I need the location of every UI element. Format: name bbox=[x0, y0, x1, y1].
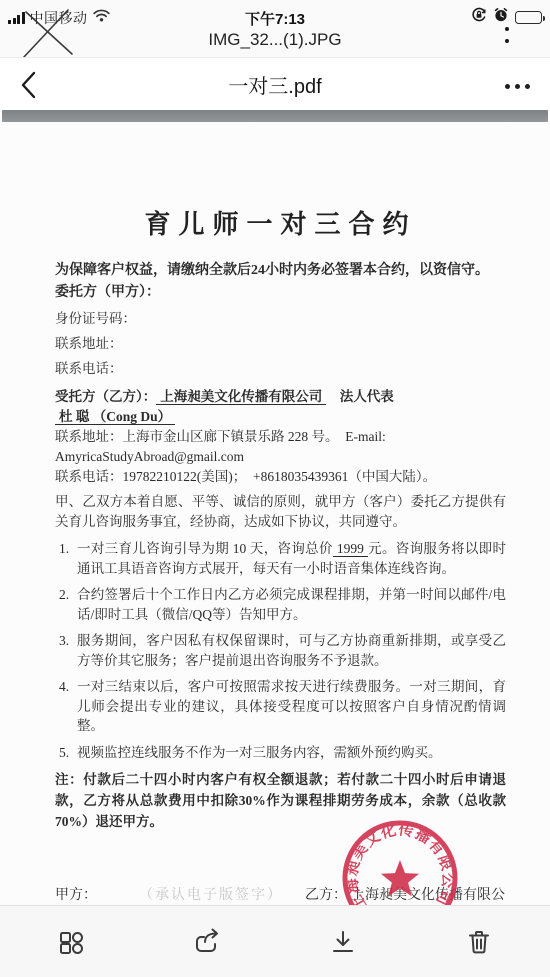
document-title: 一对三.pdf bbox=[0, 70, 550, 99]
party-a-label: 委托方（甲方）： bbox=[55, 282, 506, 304]
email-value: AmyricaStudyAbroad@gmail.com bbox=[55, 449, 244, 464]
x-annotation-mark bbox=[18, 4, 80, 62]
grid-view-icon[interactable] bbox=[54, 925, 88, 959]
term-text: 一对三育儿咨询引导为期 10 天，咨询总价1999元。咨询服务将以即时通讯工具语… bbox=[77, 539, 506, 578]
term-text: 一对三结束以后，客户可按照需求按天进行续费服务。一对三期间，育儿师会提出专业的建… bbox=[77, 677, 506, 736]
party-b-line3: 联系电话：19782210122(美国)； +8618035439361（中国大… bbox=[55, 467, 506, 487]
rotation-lock-icon bbox=[471, 7, 487, 28]
contract-notice: 为保障客户权益，请缴纳全款后24小时内务必签署本合约，以资信守。 bbox=[55, 261, 506, 280]
term-item-3: 3. 服务期间，客户因私有权保留课时，可与乙方协商重新排期，或享受乙方等价其它服… bbox=[55, 631, 506, 670]
sig-party-a-placeholder: （承认电子版签字） bbox=[139, 884, 283, 904]
party-a-phone-field: 联系电话： bbox=[55, 359, 506, 379]
photo-edge-strip bbox=[2, 110, 548, 122]
clock-time: 下午7:13 bbox=[0, 8, 550, 29]
sig-party-b-company: 上海昶美文化传播有限公司 bbox=[351, 884, 506, 905]
party-b-block: 受托方（乙方）：上海昶美文化传播有限公司 法人代表杜 聪 （Cong Du） 联… bbox=[55, 387, 506, 487]
battery-icon bbox=[515, 11, 542, 24]
legal-rep-label: 法人代表 bbox=[340, 389, 394, 404]
terms-list: 1. 一对三育儿咨询引导为期 10 天，咨询总价1999元。咨询服务将以即时通讯… bbox=[55, 539, 506, 762]
term-item-5: 5. 视频监控连线服务不作为一对三服务内容，需额外预约购买。 bbox=[55, 743, 506, 763]
party-a-id-field: 身份证号码： bbox=[55, 309, 506, 329]
term-item-2: 2. 合约签署后十个工作日内乙方必须完成课程排期，并第一时间以邮件/电话/即时工… bbox=[55, 585, 506, 624]
sig-party-a-label: 甲方： bbox=[55, 884, 97, 904]
overflow-menu-icon[interactable] bbox=[505, 27, 509, 43]
open-filename: IMG_32...(1).JPG bbox=[0, 30, 550, 50]
party-b-line1: 受托方（乙方）：上海昶美文化传播有限公司 法人代表杜 聪 （Cong Du） bbox=[55, 387, 506, 427]
term-text: 视频监控连线服务不作为一对三服务内容，需额外预约购买。 bbox=[77, 743, 506, 763]
term-number: 3. bbox=[55, 631, 77, 670]
party-b-company: 上海昶美文化传播有限公司 bbox=[156, 389, 326, 405]
term-item-4: 4. 一对三结束以后，客户可按照需求按天进行续费服务。一对三期间，育儿师会提出专… bbox=[55, 677, 506, 736]
signature-row: 甲方： （承认电子版签字） 乙方： 上海昶美文化传播有限公司 bbox=[55, 884, 506, 905]
party-b-address-label: 联系地址： bbox=[55, 429, 123, 444]
term-text: 合约签署后十个工作日内乙方必须完成课程排期，并第一时间以邮件/电话/即时工具（微… bbox=[77, 585, 506, 624]
sig-party-b-label: 乙方： bbox=[305, 884, 347, 904]
signature-area: 甲方： （承认电子版签字） 乙方： 上海昶美文化传播有限公司 日期： 年 月 日… bbox=[55, 884, 506, 905]
term-item-1: 1. 一对三育儿咨询引导为期 10 天，咨询总价1999元。咨询服务将以即时通讯… bbox=[55, 539, 506, 578]
party-b-phone-label: 联系电话： bbox=[55, 469, 123, 484]
phone-us: 19782210122(美国)； bbox=[123, 469, 247, 484]
refund-note: 注：付款后二十四小时内客户有权全额退款；若付款二十四小时后申请退款，乙方将从总款… bbox=[55, 769, 506, 832]
term-number: 2. bbox=[55, 585, 77, 624]
party-b-label: 受托方（乙方）： bbox=[55, 389, 156, 404]
bottom-toolbar bbox=[0, 905, 550, 977]
status-bar: 中国移动 下午7:13 bbox=[0, 0, 550, 57]
more-options-icon[interactable] bbox=[503, 78, 532, 95]
term-number: 5. bbox=[55, 743, 77, 763]
legal-rep-name: 杜 聪 （Cong Du） bbox=[55, 409, 175, 425]
download-icon[interactable] bbox=[326, 925, 360, 959]
party-b-address: 上海市金山区廊下镇景乐路 228 号。 bbox=[123, 429, 339, 444]
party-a-address-field: 联系地址： bbox=[55, 334, 506, 354]
term-text: 服务期间，客户因私有权保留课时，可与乙方协商重新排期，或享受乙方等价其它服务；客… bbox=[77, 631, 506, 670]
contract-title: 育儿师一对三合约 bbox=[55, 204, 506, 241]
delete-icon[interactable] bbox=[462, 925, 496, 959]
document-page[interactable]: 育儿师一对三合约 为保障客户权益，请缴纳全款后24小时内务必签署本合约，以资信守… bbox=[0, 122, 550, 905]
phone-cn: +8618035439361（中国大陆）。 bbox=[253, 469, 436, 484]
party-b-line2: 联系地址：上海市金山区廊下镇景乐路 228 号。 E-mail: Amyrica… bbox=[55, 427, 506, 467]
price-underlined: 1999 bbox=[333, 541, 368, 557]
pdf-viewer-header: 一对三.pdf bbox=[0, 57, 550, 110]
email-label: E-mail: bbox=[345, 429, 386, 444]
contract-preamble: 甲、乙双方本着自愿、平等、诚信的原则，就甲方（客户）委托乙方提供有关育儿咨询服务… bbox=[55, 492, 506, 532]
alarm-icon bbox=[493, 7, 509, 28]
term-number: 4. bbox=[55, 677, 77, 736]
share-icon[interactable] bbox=[190, 925, 224, 959]
term-number: 1. bbox=[55, 539, 77, 578]
